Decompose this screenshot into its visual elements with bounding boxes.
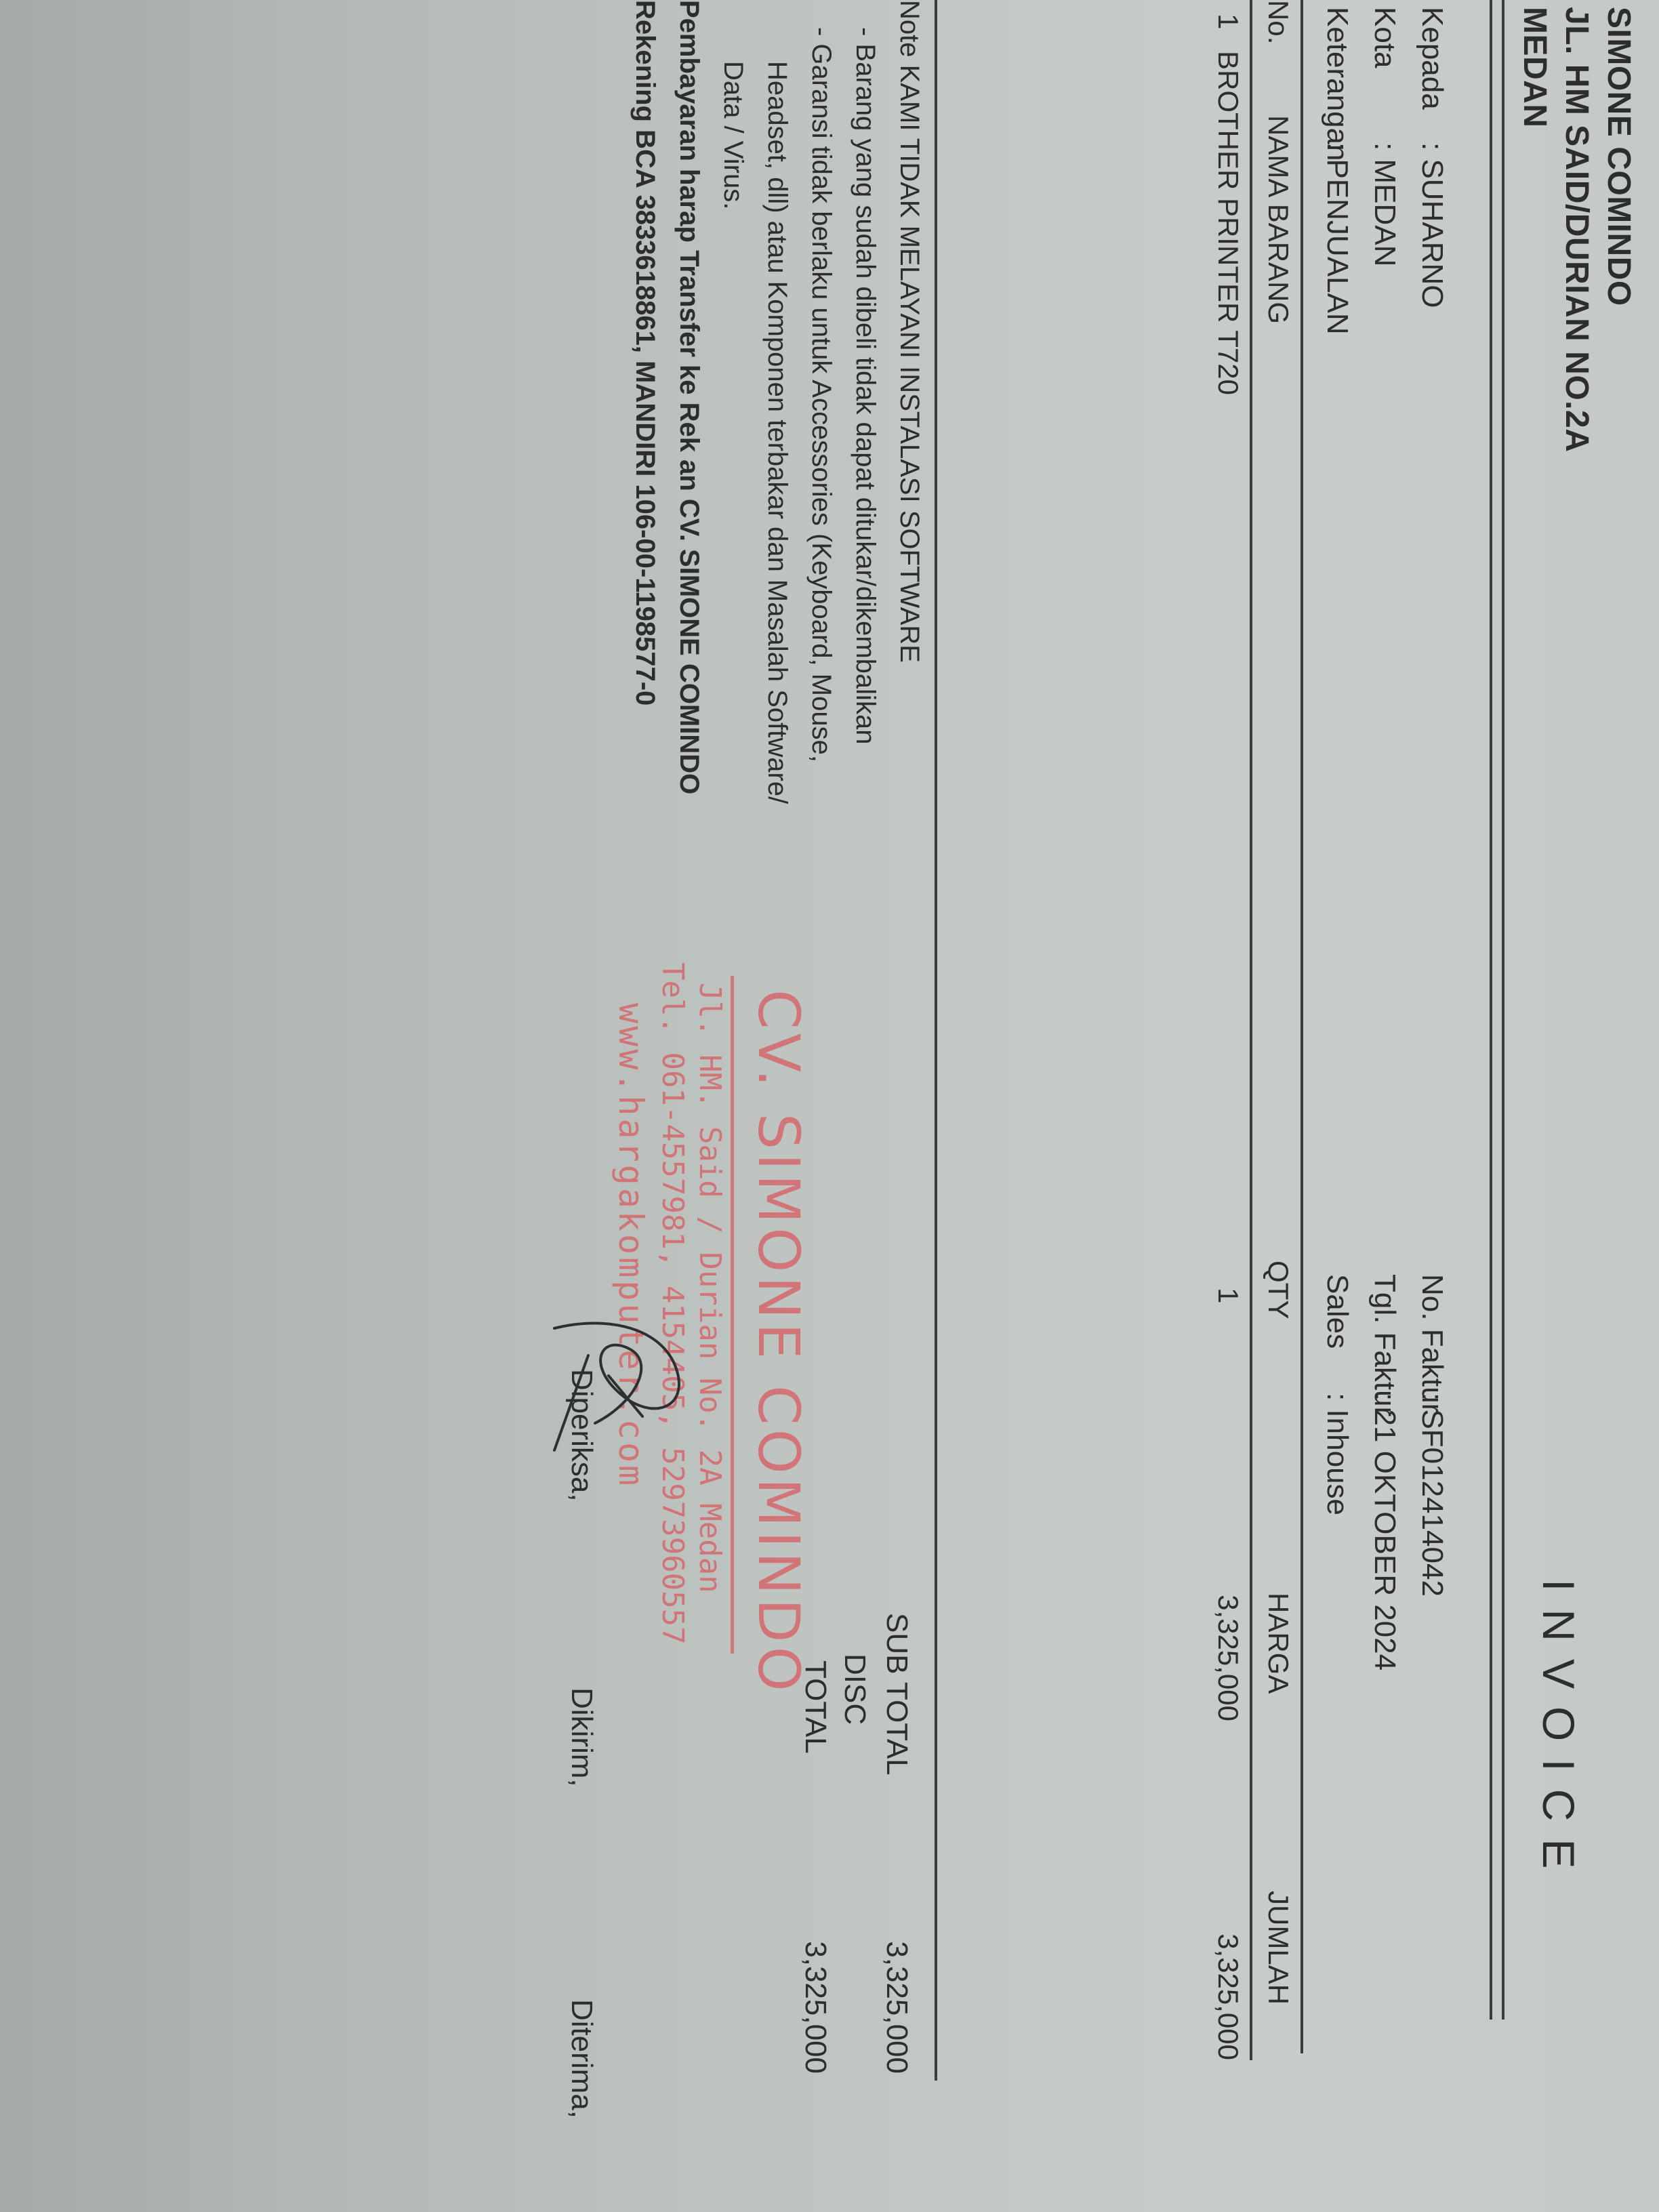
bank-accounts: Rekening BCA 3833618861, MANDIRI 106-00-… (624, 0, 666, 705)
invoice-sheet: SIMONE COMINDO JL. HM SAID/DURIAN NO.2A … (0, 0, 1659, 2212)
customer-kota: Kota : MEDAN (1361, 7, 1408, 335)
col-header-jumlah: JUMLAH (1262, 1891, 1294, 2005)
keterangan-value: : PENJUALAN (1313, 142, 1361, 335)
company-address: JL. HM SAID/DURIAN NO.2A (1556, 7, 1597, 452)
company-name: SIMONE COMINDO (1598, 7, 1639, 306)
header-double-rule (1490, 0, 1504, 2020)
cell-qty: 1 (1212, 1288, 1244, 1303)
company-city: MEDAN (1514, 7, 1555, 128)
customer-keterangan: Keterangan : PENJUALAN (1313, 7, 1361, 335)
invoice-title: INVOICE (1533, 1579, 1584, 1886)
stamp-address: Jl. HM. Said / Durian No. 2A Medan (693, 983, 727, 1593)
sales-value: : Inhouse (1313, 1393, 1361, 1515)
col-header-no: No. (1262, 0, 1294, 44)
keterangan-label: Keterangan (1313, 7, 1361, 142)
notes-heading: Note KAMI TIDAK MELAYANI INSTALASI SOFTW… (888, 0, 930, 663)
cell-no: 1 (1212, 14, 1244, 29)
subtotal-label: SUB TOTAL (873, 1613, 920, 1776)
subtotal-value: 3,325,000 (873, 1891, 920, 2074)
kepada-value: : SUHARNO (1408, 142, 1456, 308)
kepada-label: Kepada (1408, 7, 1456, 142)
no-faktur-value: : SF012414042 (1408, 1393, 1456, 1597)
stamp-company-name: CV. SIMONE COMINDO (745, 989, 812, 1696)
customer-kepada: Kepada : SUHARNO (1408, 7, 1456, 335)
col-header-harga: HARGA (1262, 1593, 1294, 1694)
tgl-faktur-label: Tgl. Faktur (1361, 1274, 1408, 1393)
handwritten-signature (534, 1288, 690, 1464)
table-bottom-rule (935, 0, 937, 2081)
no-faktur-label: No. Faktur (1408, 1274, 1456, 1393)
table-header-rule (1250, 0, 1252, 2060)
table-top-rule (1300, 0, 1303, 2053)
signature-diterima: Diterima, (558, 1999, 605, 2118)
cell-harga: 3,325,000 (1212, 1545, 1244, 1721)
col-header-qty: QTY (1262, 1261, 1294, 1319)
cell-jumlah: 3,325,000 (1212, 1884, 1244, 2060)
kota-label: Kota (1361, 7, 1408, 142)
sales-label: Sales (1313, 1274, 1361, 1393)
signature-dikirim: Dikirim, (558, 1687, 605, 1787)
stamp-underline (731, 976, 734, 1654)
note-item-3: Headset, dll) atau Komponen terbakar dan… (756, 61, 798, 804)
customer-block: Kepada : SUHARNO Kota : MEDAN Keterangan… (1313, 7, 1456, 335)
note-item-2: - Garansi tidak berlaku untuk Accessorie… (800, 27, 842, 762)
col-header-nama-barang: NAMA BARANG (1262, 115, 1294, 324)
payment-instruction: Pembayaran harap Transfer ke Rek an CV. … (668, 0, 710, 794)
cell-nama-barang: BROTHER PRINTER T720 (1212, 51, 1244, 395)
kota-value: : MEDAN (1361, 142, 1408, 266)
meta-tgl-faktur: Tgl. Faktur : 21 OKTOBER 2024 (1361, 1274, 1408, 1671)
invoice-meta-block: No. Faktur : SF012414042 Tgl. Faktur : 2… (1313, 1274, 1456, 1671)
meta-sales: Sales : Inhouse (1313, 1274, 1361, 1671)
note-item-1: - Barang yang sudah dibeli tidak dapat d… (844, 27, 886, 744)
meta-no-faktur: No. Faktur : SF012414042 (1408, 1274, 1456, 1671)
tgl-faktur-value: : 21 OKTOBER 2024 (1361, 1393, 1408, 1671)
total-value: 3,325,000 (792, 1891, 839, 2074)
note-item-4: Data / Virus. (712, 61, 754, 209)
